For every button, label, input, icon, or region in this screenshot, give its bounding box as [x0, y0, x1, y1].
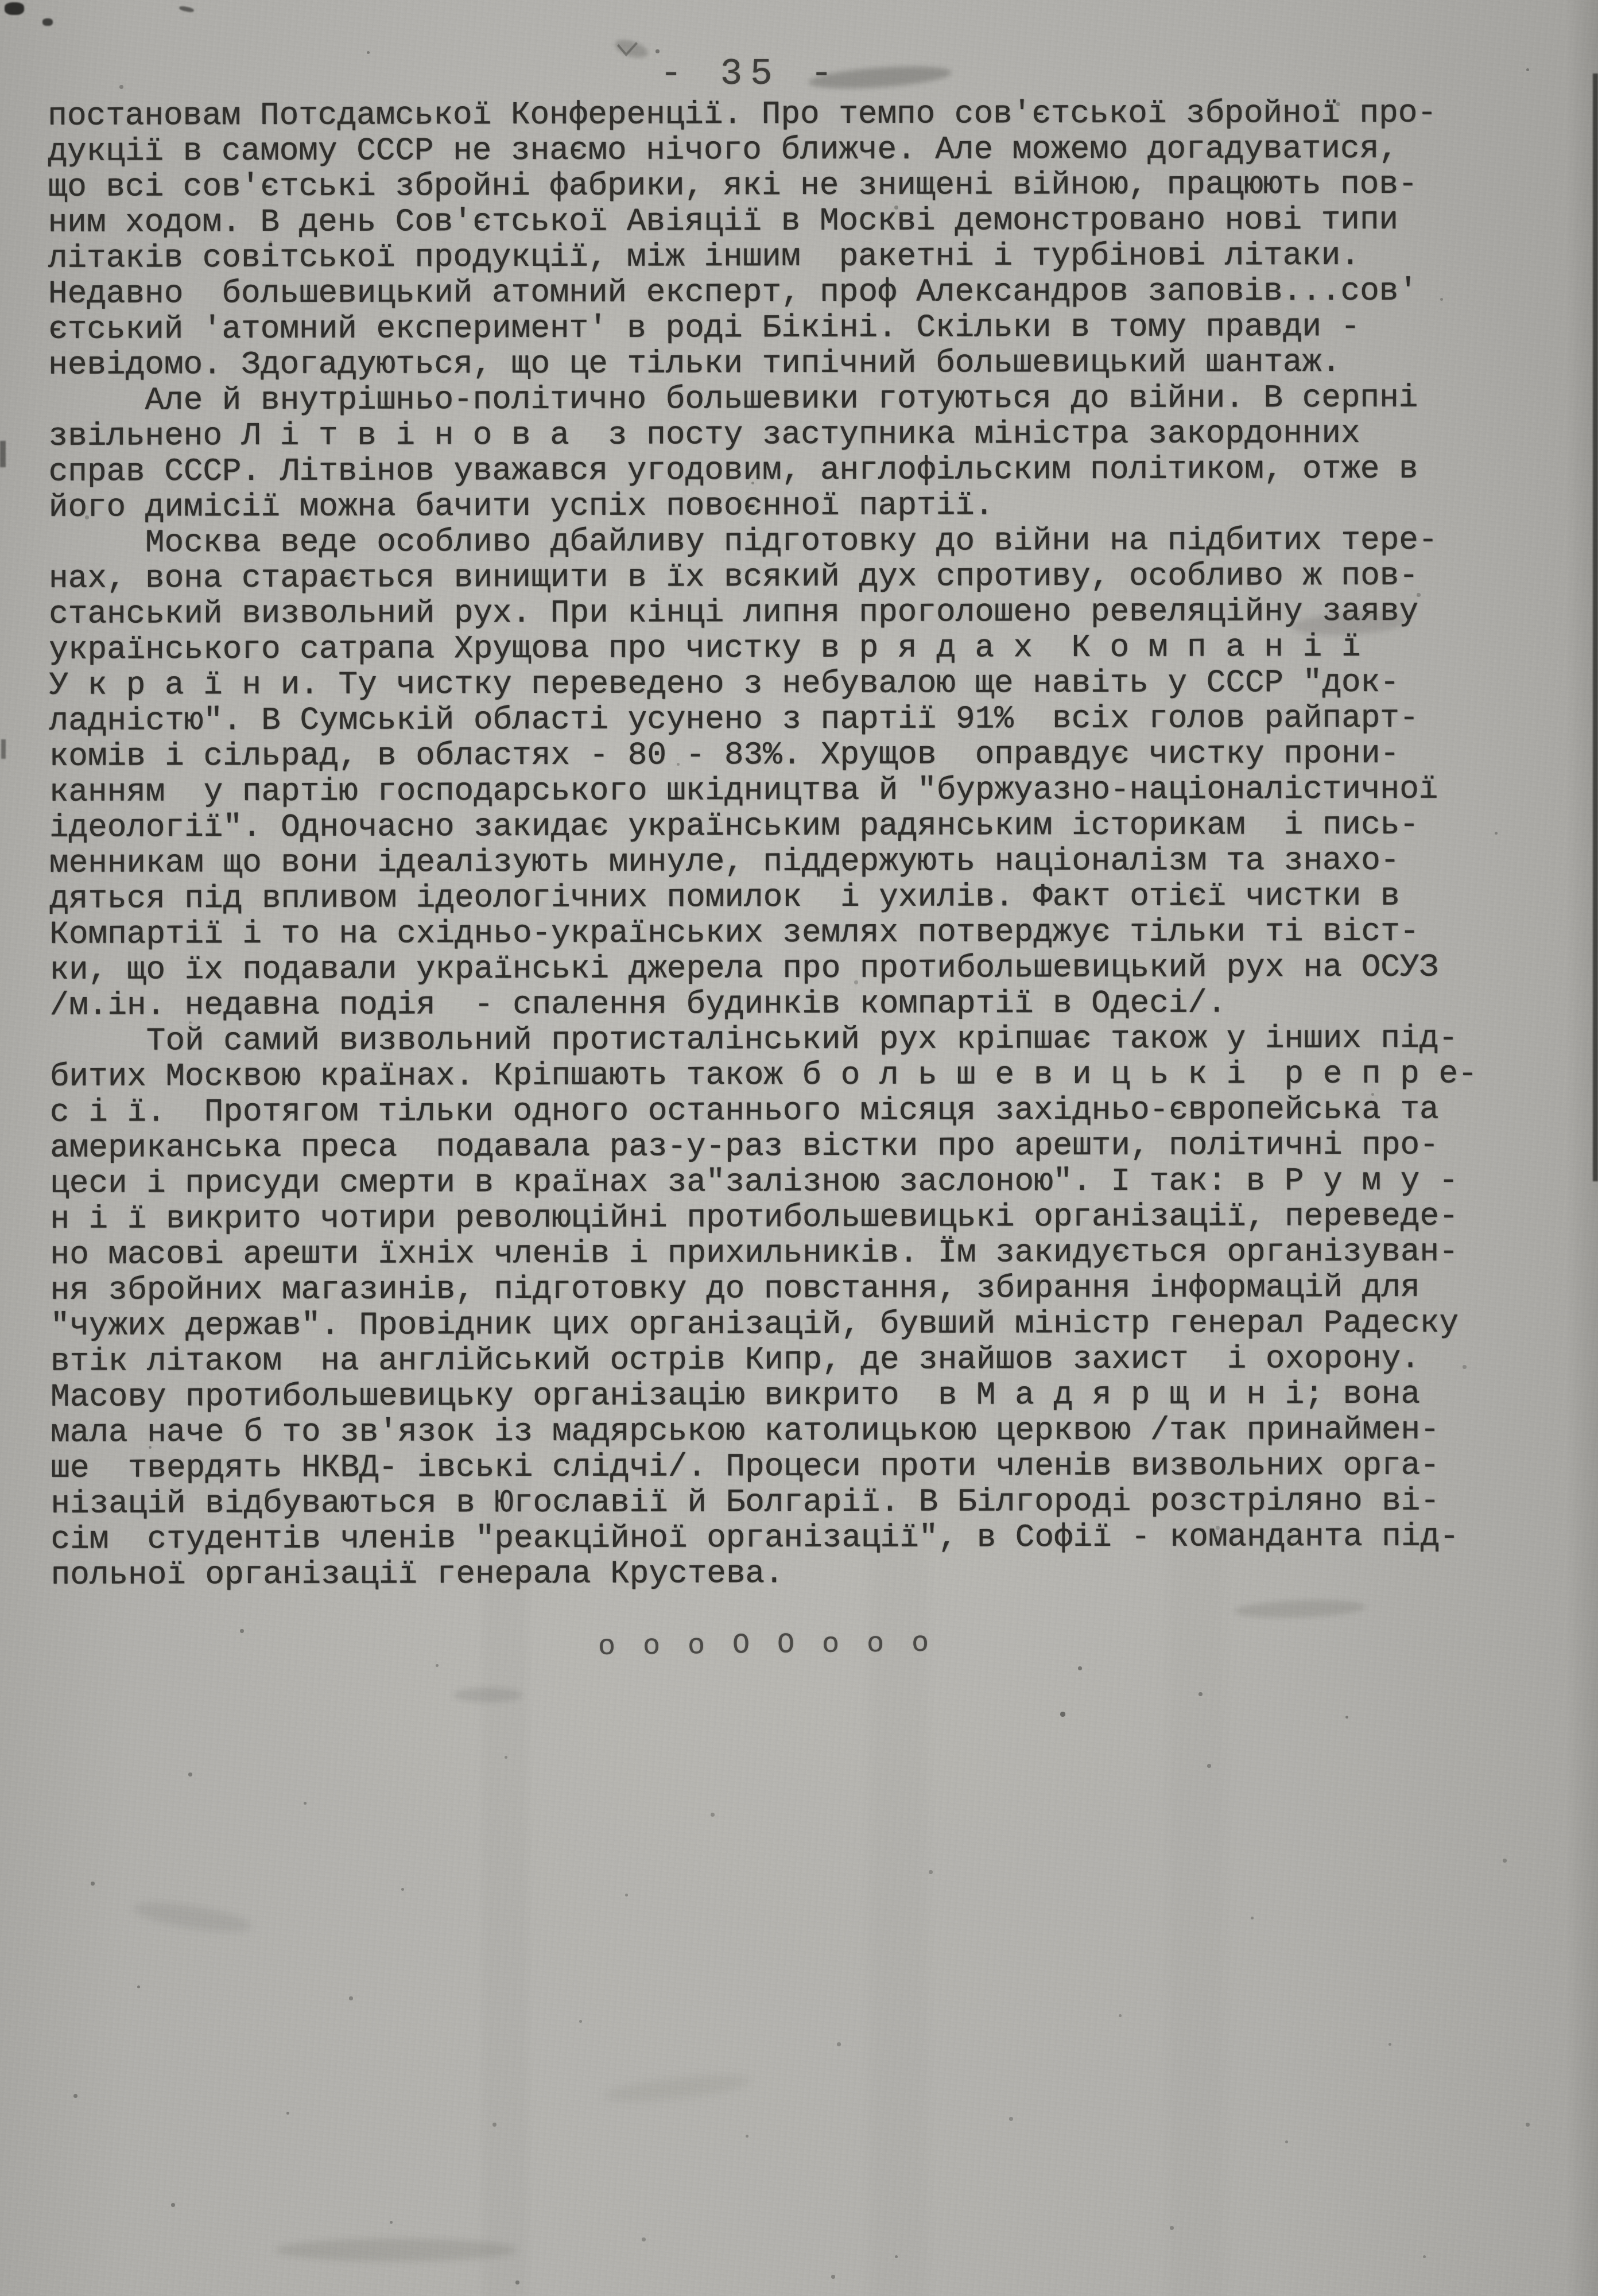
typed-line: сім студентів членів "реакційної організ… [51, 1518, 1566, 1557]
typed-line: справ СССР. Літвінов уважався угодовим, … [49, 451, 1564, 490]
typed-line: ше твердять НКВД- івські слідчі/. Процес… [51, 1447, 1566, 1486]
typed-line: нах, вона старається винищити в їх всяки… [49, 557, 1564, 596]
scan-edge-shadow [1593, 73, 1598, 1181]
typed-line: ідеології". Одночасно закидає українськи… [49, 806, 1565, 846]
typed-line: українського сатрапа Хрущова про чистку … [49, 629, 1564, 668]
pencil-smudge [276, 2239, 517, 2262]
typed-line: комів і сільрад, в областях - 80 - 83%. … [49, 735, 1565, 774]
corner-ink-mark [42, 18, 53, 26]
paper-specks [0, 0, 2, 2]
typed-line: ним ходом. В день Сов'єтської Авіяції в … [48, 201, 1564, 241]
page-number: - 35 - [660, 54, 840, 95]
typed-line: Той самий визвольний протисталінський ру… [50, 1020, 1565, 1059]
pencil-smudge [602, 2070, 753, 2107]
typed-line: Москва веде особливо дбайливу підготовку… [49, 522, 1564, 561]
typed-line: битих Москвою країнах. Кріпшають також б… [50, 1056, 1565, 1095]
typed-line: дяться під впливом ідеологічних помилок … [49, 878, 1565, 917]
typed-line: втік літаком на англійський острів Кипр,… [51, 1340, 1566, 1379]
typed-line: дукції в самому СССР не знаємо нічого бл… [48, 130, 1563, 169]
typed-line: його димісії можна бачити успіх повоєнно… [49, 486, 1564, 525]
typed-line: станський визвольний рух. При кінці липн… [49, 593, 1564, 632]
typed-line: літаків совітської продукції, між іншим … [48, 237, 1564, 276]
pencil-smudge [453, 1688, 522, 1702]
typed-line: мала наче б то зв'язок із мадярською кат… [51, 1411, 1566, 1450]
typed-line: ки, що їх подавали українські джерела пр… [49, 949, 1565, 988]
typed-line: Компартії і то на східньо-українських зе… [49, 913, 1565, 952]
typed-line: американська преса подавала раз-у-раз ві… [50, 1127, 1565, 1166]
typed-line: Недавно большевицький атомний експерт, п… [48, 273, 1564, 312]
document-page: - 35 - постановам Потсдамської Конференц… [0, 0, 1598, 2296]
corner-ink-mark [5, 2, 24, 15]
typed-line: ня збройних магазинів, підготовку до пов… [51, 1269, 1566, 1308]
typed-line: /м.ін. недавна подія - спалення будинків… [50, 984, 1565, 1023]
typed-line: У к р а ї н и. Ту чистку переведено з не… [49, 664, 1564, 703]
section-separator: о о о О О о о о [598, 1627, 934, 1663]
typed-text-block: постановам Потсдамської Конференції. Про… [48, 95, 1566, 1593]
typed-line: нізацій відбуваються в Югославії й Болга… [51, 1483, 1566, 1522]
typed-line: звільнено Л і т в і н о в а з посту заст… [48, 415, 1564, 454]
typed-line: польної організації генерала Крустева. [51, 1554, 1566, 1593]
edge-mark [0, 441, 6, 467]
pencil-smudge [131, 1896, 254, 1938]
typed-line: постановам Потсдамської Конференції. Про… [48, 95, 1563, 134]
typed-line: що всі сов'єтські збройні фабрики, які н… [48, 166, 1564, 205]
typed-line: цеси і присуди смерти в країнах за"заліз… [50, 1162, 1565, 1201]
typed-line: канням у партію господарського шкідництв… [49, 771, 1565, 810]
typed-line: менникам що вони ідеалізують минуле, під… [49, 842, 1565, 881]
typed-line: н і ї викрито чотири революційні протибо… [50, 1198, 1565, 1237]
typed-line: Але й внутрішньо-політично большевики го… [48, 379, 1564, 418]
pencil-check-mark [617, 33, 638, 57]
typed-line: с і ї. Протягом тільки одного останнього… [50, 1091, 1565, 1130]
typed-line: Масову протибольшевицьку організацію вик… [51, 1376, 1566, 1415]
pencil-smudge [1234, 1598, 1367, 1620]
typed-line: єтський 'атомний експеримент' в роді Бік… [48, 308, 1564, 347]
typed-line: "чужих держав". Провідник цих організаці… [51, 1305, 1566, 1344]
edge-mark [1, 739, 6, 759]
typed-line: но масові арешти їхніх членів і прихильн… [50, 1234, 1565, 1273]
typed-line: невідомо. Здогадуються, що це тільки тип… [48, 344, 1564, 383]
corner-ink-mark [179, 5, 194, 13]
typed-line: ладністю". В Сумській області усунено з … [49, 700, 1564, 739]
